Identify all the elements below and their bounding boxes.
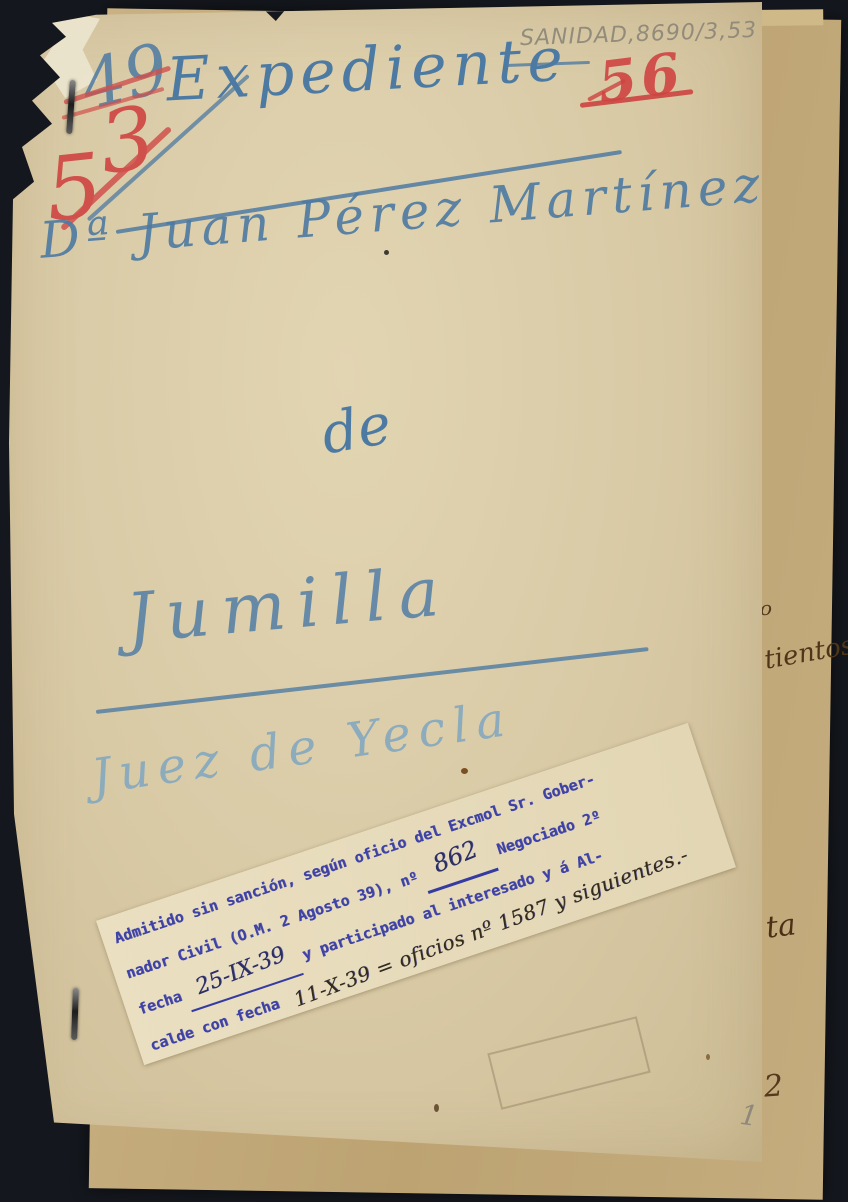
scanned-archive-document: { "palette":{ "background":"#14171d","pa… [0,0,848,1202]
ink-speck [384,250,389,255]
fox-speck-b [434,1104,439,1112]
fox-speck-c [706,1054,710,1060]
stamp-line-3-typed-pre: fecha [136,987,185,1018]
connector-de: de [318,396,396,463]
back-sheet-fragment-number: 2 [763,1071,784,1102]
back-sheet-fragment-ta: ta [764,910,797,943]
fox-speck-a [461,768,468,774]
